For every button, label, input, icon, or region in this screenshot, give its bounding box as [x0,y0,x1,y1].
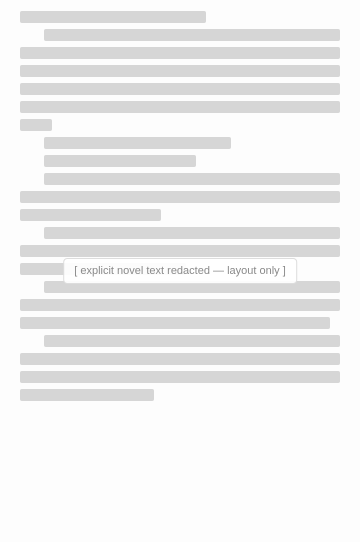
redacted-text-line [20,209,161,221]
redacted-text-line [20,101,340,113]
redacted-text-line [20,191,340,203]
redacted-text-line [44,137,231,149]
paragraph-redacted [20,11,340,23]
redacted-text-line [20,83,340,95]
paragraph-redacted [20,137,340,149]
paragraph-redacted [20,155,340,167]
redacted-text-line [20,119,52,131]
redacted-text-line [44,227,340,239]
redacted-text-line [44,29,340,41]
redacted-text-line [20,317,330,329]
redacted-text-line [20,299,340,311]
redacted-text-line [20,389,154,401]
redacted-text-line [44,335,340,347]
redacted-text-line [20,245,340,257]
redacted-text-line [44,173,340,185]
paragraph-redacted [20,173,340,221]
redacted-text-line [20,353,340,365]
paragraph-redacted [20,29,340,131]
redacted-text-line [20,65,340,77]
redacted-text-line [20,371,340,383]
redacted-text-line [20,47,340,59]
paragraph-redacted [20,281,340,329]
redaction-note: [ explicit novel text redacted — layout … [63,258,297,284]
redacted-text-line [44,155,196,167]
redacted-text-line [20,11,206,23]
paragraph-redacted [20,335,340,401]
